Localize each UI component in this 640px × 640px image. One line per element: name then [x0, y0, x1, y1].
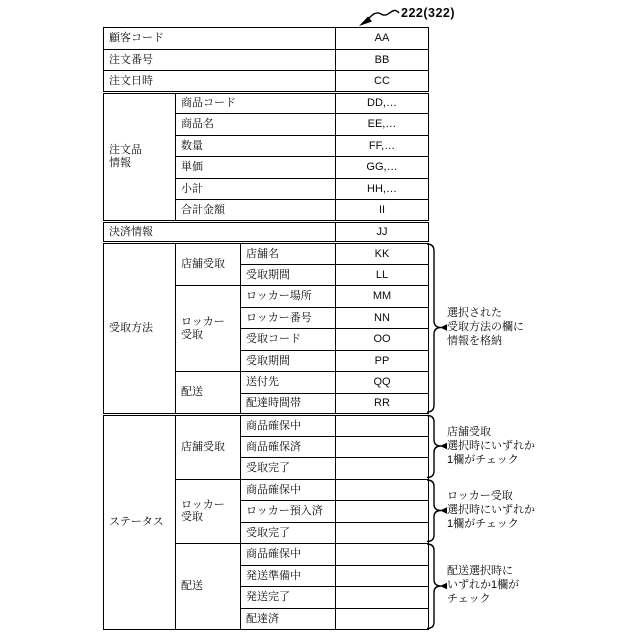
- row-label: 受取完了: [241, 522, 336, 544]
- row-value: KK: [336, 243, 429, 265]
- row-label: 発送完了: [241, 587, 336, 609]
- annotation-status-locker: ロッカー受取 選択時にいずれか 1欄がチェック: [447, 489, 535, 531]
- row-value: QQ: [336, 372, 429, 394]
- row-label: 配達済: [241, 608, 336, 630]
- row-value: II: [336, 200, 429, 222]
- row-label: ロッカー預入済: [241, 501, 336, 523]
- table-row: 決済情報 JJ: [104, 221, 429, 243]
- section-label-status: ステータス: [104, 415, 176, 630]
- row-label: 注文番号: [104, 49, 336, 71]
- row-label: 受取コード: [241, 329, 336, 351]
- row-label: 店舗名: [241, 243, 336, 265]
- brace-status-store: [427, 416, 447, 478]
- row-label: 単価: [176, 157, 336, 179]
- row-label: 受取期間: [241, 264, 336, 286]
- row-label: 発送準備中: [241, 565, 336, 587]
- row-value: LL: [336, 264, 429, 286]
- figure-leader-arrow: [359, 10, 399, 26]
- row-label: 注文日時: [104, 71, 336, 93]
- group-label-store-pickup: 店舗受取: [176, 415, 241, 480]
- status-checkbox-cell: [336, 522, 429, 544]
- annotation-receive-method: 選択された 受取方法の欄に 情報を格納: [447, 306, 524, 348]
- row-value: CC: [336, 71, 429, 93]
- status-checkbox-cell: [336, 501, 429, 523]
- row-value: MM: [336, 286, 429, 308]
- section-label-payment: 決済情報: [104, 221, 336, 243]
- row-label: 商品名: [176, 114, 336, 136]
- row-label: ロッカー番号: [241, 307, 336, 329]
- table-row: 注文品 情報 商品コード DD,…: [104, 92, 429, 114]
- row-value: AA: [336, 28, 429, 50]
- row-value: NN: [336, 307, 429, 329]
- group-label-delivery: 配送: [176, 544, 241, 630]
- row-value: PP: [336, 350, 429, 372]
- group-label-locker-pickup: ロッカー 受取: [176, 286, 241, 372]
- status-checkbox-cell: [336, 415, 429, 437]
- row-value: EE,…: [336, 114, 429, 136]
- row-label: 商品確保済: [241, 436, 336, 458]
- table-row: 注文番号 BB: [104, 49, 429, 71]
- annotation-status-delivery: 配送選択時に いずれか1欄が チェック: [447, 564, 519, 606]
- row-value: FF,…: [336, 135, 429, 157]
- row-label: 商品確保中: [241, 479, 336, 501]
- status-checkbox-cell: [336, 608, 429, 630]
- row-label: 送付先: [241, 372, 336, 394]
- patent-figure: 222(322) 顧客コード AA 注文番号 BB 注文日時 CC 注文品 情報…: [0, 0, 640, 640]
- row-label: 受取完了: [241, 458, 336, 480]
- table-row: 注文日時 CC: [104, 71, 429, 93]
- table-row: ステータス 店舗受取 商品確保中: [104, 415, 429, 437]
- table-row: 受取方法 店舗受取 店舗名 KK: [104, 243, 429, 265]
- status-checkbox-cell: [336, 458, 429, 480]
- brace-status-delivery: [427, 544, 447, 629]
- row-value: JJ: [336, 221, 429, 243]
- row-value: DD,…: [336, 92, 429, 114]
- status-checkbox-cell: [336, 544, 429, 566]
- status-checkbox-cell: [336, 565, 429, 587]
- group-label-delivery: 配送: [176, 372, 241, 415]
- status-checkbox-cell: [336, 479, 429, 501]
- status-checkbox-cell: [336, 436, 429, 458]
- row-label: 受取期間: [241, 350, 336, 372]
- order-data-table: 顧客コード AA 注文番号 BB 注文日時 CC 注文品 情報 商品コード DD…: [103, 27, 429, 630]
- row-label: 配達時間帯: [241, 393, 336, 415]
- group-label-store-pickup: 店舗受取: [176, 243, 241, 286]
- row-label: 数量: [176, 135, 336, 157]
- row-label: ロッカー場所: [241, 286, 336, 308]
- brace-status-locker: [427, 480, 447, 542]
- row-label: 顧客コード: [104, 28, 336, 50]
- figure-reference-number: 222(322): [401, 6, 455, 20]
- group-label-locker-pickup: ロッカー 受取: [176, 479, 241, 544]
- row-value: BB: [336, 49, 429, 71]
- row-label: 商品コード: [176, 92, 336, 114]
- row-value: RR: [336, 393, 429, 415]
- section-label-order-items: 注文品 情報: [104, 92, 176, 221]
- row-label: 合計金額: [176, 200, 336, 222]
- brace-receive-method: [427, 244, 447, 412]
- row-label: 商品確保中: [241, 415, 336, 437]
- status-checkbox-cell: [336, 587, 429, 609]
- section-label-receive-method: 受取方法: [104, 243, 176, 415]
- row-value: HH,…: [336, 178, 429, 200]
- row-value: OO: [336, 329, 429, 351]
- table-row: 顧客コード AA: [104, 28, 429, 50]
- row-label: 商品確保中: [241, 544, 336, 566]
- annotation-status-store: 店舗受取 選択時にいずれか 1欄がチェック: [447, 425, 535, 467]
- row-label: 小計: [176, 178, 336, 200]
- row-value: GG,…: [336, 157, 429, 179]
